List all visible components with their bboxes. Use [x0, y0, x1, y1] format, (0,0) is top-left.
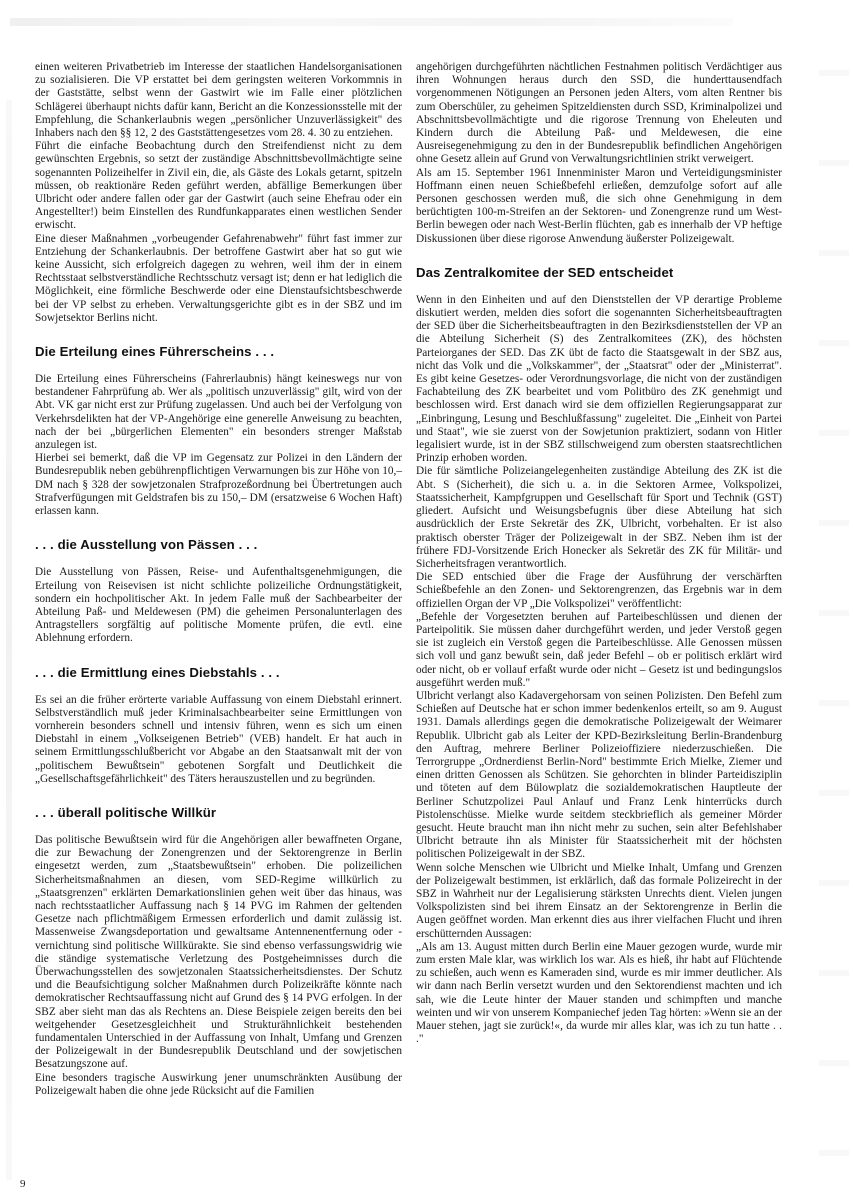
paragraph: Hierbei sei bemerkt, daß die VP im Gegen… [35, 452, 402, 518]
paragraph: Die für sämtliche Polizeiangelegenheiten… [416, 465, 782, 571]
paragraph: Eine besonders tragische Auswirkung jene… [35, 1072, 402, 1098]
paragraph: Die SED entschied über die Frage der Aus… [416, 571, 782, 611]
section-heading-zentralkomitee: Das Zentralkomitee der SED entscheidet [416, 265, 782, 280]
scan-edge-left [6, 100, 12, 1180]
paragraph: Eine dieser Maßnahmen „vorbeugender Gefa… [35, 233, 402, 325]
paragraph: Als am 15. September 1961 Innenminister … [416, 167, 782, 246]
paragraph: einen weiteren Privatbetrieb im Interess… [35, 61, 402, 140]
scan-edge-right [819, 30, 849, 1180]
paragraph: Es sei an die früher erörterte variable … [35, 694, 402, 786]
block-quote: „Befehle der Vorgesetzten beruhen auf Pa… [416, 611, 782, 690]
paragraph: angehörigen durchgeführten nächtlichen F… [416, 61, 782, 167]
paragraph: Wenn solche Menschen wie Ulbricht und Mi… [416, 862, 782, 941]
paragraph: Führt die einfache Beobachtung durch den… [35, 140, 402, 232]
paragraph: Die Ausstellung von Pässen, Reise- und A… [35, 566, 402, 645]
paragraph: Die Erteilung eines Führerscheins (Fahre… [35, 373, 402, 452]
paragraph: Das politische Bewußtsein wird für die A… [35, 834, 402, 1072]
section-heading-willkuer: . . . überall politische Willkür [35, 805, 402, 820]
scan-edge-top [10, 18, 733, 26]
section-heading-paesse: . . . die Ausstellung von Pässen . . . [35, 537, 402, 552]
paragraph: Wenn in den Einheiten und auf den Dienst… [416, 294, 782, 466]
page-number: 9 [20, 1178, 26, 1190]
right-column: angehörigen durchgeführten nächtlichen F… [416, 61, 782, 1046]
paragraph: Ulbricht verlangt also Kadavergehorsam v… [416, 690, 782, 862]
left-column: einen weiteren Privatbetrieb im Interess… [35, 61, 402, 1098]
block-quote: „Als am 13. August mitten durch Berlin e… [416, 941, 782, 1047]
section-heading-fuehrerschein: Die Erteilung eines Führerscheins . . . [35, 344, 402, 359]
section-heading-diebstahl: . . . die Ermittlung eines Diebstahls . … [35, 665, 402, 680]
